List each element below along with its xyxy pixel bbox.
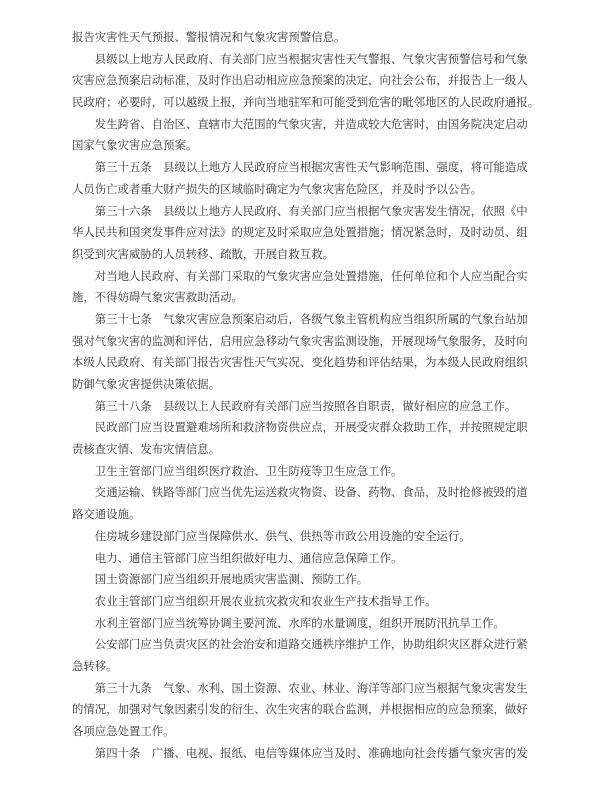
text-line: 强对气象灾害的监测和评估，启用应急移动气象灾害监测设施，开展现场气象服务，及时向 xyxy=(72,332,530,354)
text-line: 织受到灾害威胁的人员转移、疏散，开展自救互救。 xyxy=(72,245,530,267)
document-text-block: 报告灾害性天气预报、警报情况和气象灾害预警信息。县级以上地方人民政府、有关部门应… xyxy=(72,28,530,765)
text-line: 的情况，加强对气象因素引发的衍生、次生灾害的联合监测，并根据相应的应急预案，做好 xyxy=(72,700,530,722)
text-line: 路交通设施。 xyxy=(72,505,530,527)
text-line: 水利主管部门应当统筹协调主要河流、水库的水量调度，组织开展防汛抗旱工作。 xyxy=(72,614,530,636)
text-line: 民政部门应当设置避难场所和救济物资供应点，开展受灾群众救助工作，并按照规定职 xyxy=(72,418,530,440)
text-line: 人员伤亡或者重大财产损失的区域临时确定为气象灾害危险区，并及时予以公告。 xyxy=(72,180,530,202)
text-line: 第三十五条 县级以上地方人民政府应当根据灾害性天气影响范围、强度，将可能造成 xyxy=(72,158,530,180)
text-line: 第四十条 广播、电视、报纸、电信等媒体应当及时、准确地向社会传播气象灾害的发 xyxy=(72,744,530,766)
text-line: 国土资源部门应当组织开展地质灾害监测、预防工作。 xyxy=(72,570,530,592)
text-line: 农业主管部门应当组织开展农业抗灾救灾和农业生产技术指导工作。 xyxy=(72,592,530,614)
text-line: 施，不得妨碍气象灾害救助活动。 xyxy=(72,288,530,310)
text-line: 国家气象灾害应急预案。 xyxy=(72,136,530,158)
text-line: 县级以上地方人民政府、有关部门应当根据灾害性天气警报、气象灾害预警信号和气象 xyxy=(72,50,530,72)
text-line: 对当地人民政府、有关部门采取的气象灾害应急处置措施，任何单位和个人应当配合实 xyxy=(72,267,530,289)
text-line: 责核查灾情、发布灾情信息。 xyxy=(72,440,530,462)
text-line: 第三十六条 县级以上地方人民政府、有关部门应当根据气象灾害发生情况，依照《中 xyxy=(72,202,530,224)
text-line: 卫生主管部门应当组织医疗救治、卫生防疫等卫生应急工作。 xyxy=(72,462,530,484)
text-line: 第三十九条 气象、水利、国土资源、农业、林业、海洋等部门应当根据气象灾害发生 xyxy=(72,679,530,701)
text-line: 住房城乡建设部门应当保障供水、供气、供热等市政公用设施的安全运行。 xyxy=(72,527,530,549)
text-line: 交通运输、铁路等部门应当优先运送救灾物资、设备、药物、食品，及时抢修被毁的道 xyxy=(72,483,530,505)
text-line: 发生跨省、自治区、直辖市大范围的气象灾害，并造成较大危害时，由国务院决定启动 xyxy=(72,115,530,137)
text-line: 民政府；必要时，可以越级上报，并向当地驻军和可能受到危害的毗邻地区的人民政府通报… xyxy=(72,93,530,115)
text-line: 防御气象灾害提供决策依据。 xyxy=(72,375,530,397)
document-page: 报告灾害性天气预报、警报情况和气象灾害预警信息。县级以上地方人民政府、有关部门应… xyxy=(0,0,600,800)
text-line: 华人民共和国突发事件应对法》的规定及时采取应急处置措施；情况紧急时，及时动员、组 xyxy=(72,223,530,245)
text-line: 第三十八条 县级以上人民政府有关部门应当按照各自职责，做好相应的应急工作。 xyxy=(72,397,530,419)
text-line: 灾害应急预案启动标准，及时作出启动相应应急预案的决定，向社会公布，并报告上一级人 xyxy=(72,71,530,93)
text-line: 电力、通信主管部门应当组织做好电力、通信应急保障工作。 xyxy=(72,549,530,571)
text-line: 报告灾害性天气预报、警报情况和气象灾害预警信息。 xyxy=(72,28,530,50)
text-line: 第三十七条 气象灾害应急预案启动后，各级气象主管机构应当组织所属的气象台站加 xyxy=(72,310,530,332)
text-line: 各项应急处置工作。 xyxy=(72,722,530,744)
text-line: 急转移。 xyxy=(72,657,530,679)
text-line: 本级人民政府、有关部门报告灾害性天气实况、变化趋势和评估结果，为本级人民政府组织 xyxy=(72,353,530,375)
text-line: 公安部门应当负责灾区的社会治安和道路交通秩序维护工作，协助组织灾区群众进行紧 xyxy=(72,635,530,657)
